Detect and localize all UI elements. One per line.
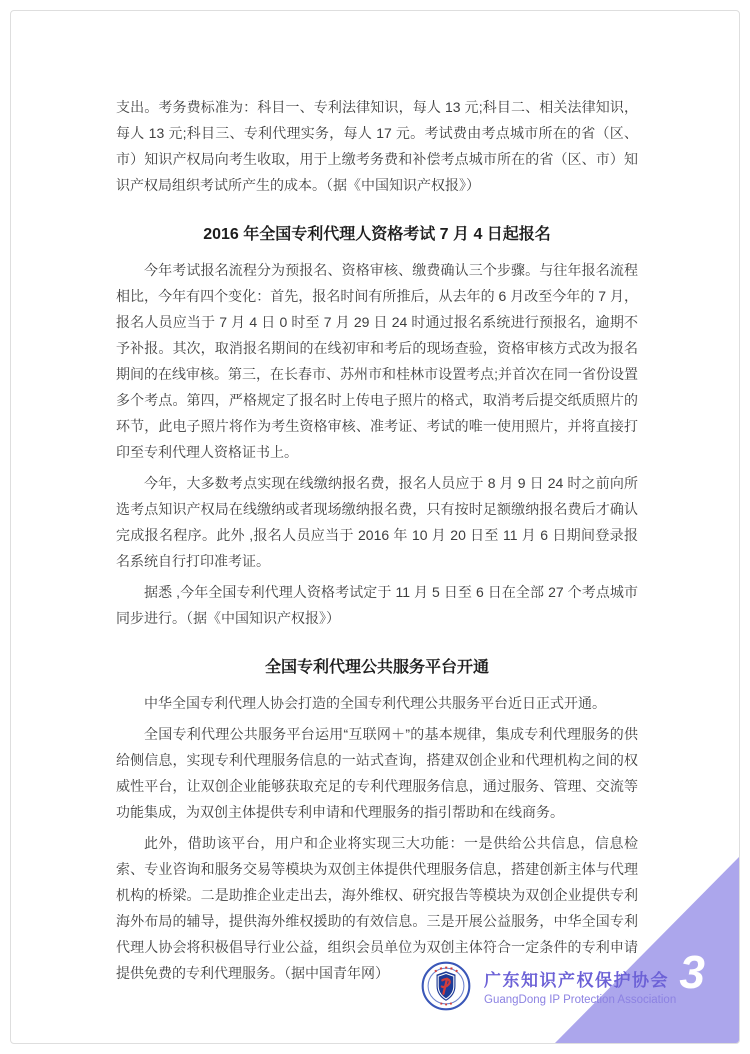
page-content: 支出。考务费标准为：科目一、专利法律知识，每人 13 元;科目二、相关法律知识，… bbox=[116, 94, 638, 991]
org-name-chinese: 广东知识产权保护协会 bbox=[484, 966, 676, 991]
footer-brand: 广东知识产权保护协会 GuangDong IP Protection Assoc… bbox=[421, 961, 676, 1011]
org-name-english: GuangDong IP Protection Association bbox=[484, 994, 676, 1006]
paragraph: 今年，大多数考点实现在线缴纳报名费，报名人员应于 8 月 9 日 24 时之前向… bbox=[116, 470, 638, 574]
document-page: 支出。考务费标准为：科目一、专利法律知识，每人 13 元;科目二、相关法律知识，… bbox=[10, 10, 740, 1044]
association-seal-icon bbox=[421, 961, 471, 1011]
page-number: 3 bbox=[679, 949, 705, 995]
section-heading-service-platform: 全国专利代理公共服务平台开通 bbox=[116, 655, 638, 681]
paragraph: 今年考试报名流程分为预报名、资格审核、缴费确认三个步骤。与往年报名流程相比，今年… bbox=[116, 257, 638, 465]
section-heading-exam-registration: 2016 年全国专利代理人资格考试 7 月 4 日起报名 bbox=[116, 222, 638, 248]
paragraph: 中华全国专利代理人协会打造的全国专利代理公共服务平台近日正式开通。 bbox=[116, 690, 638, 716]
org-names: 广东知识产权保护协会 GuangDong IP Protection Assoc… bbox=[484, 966, 676, 1006]
intro-paragraph: 支出。考务费标准为：科目一、专利法律知识，每人 13 元;科目二、相关法律知识，… bbox=[116, 94, 638, 198]
paragraph: 据悉 ,今年全国专利代理人资格考试定于 11 月 5 日至 6 日在全部 27 … bbox=[116, 579, 638, 631]
page-background: 支出。考务费标准为：科目一、专利法律知识，每人 13 元;科目二、相关法律知识，… bbox=[0, 0, 750, 1054]
paragraph: 全国专利代理公共服务平台运用“互联网＋”的基本规律，集成专利代理服务的供给侧信息… bbox=[116, 721, 638, 825]
